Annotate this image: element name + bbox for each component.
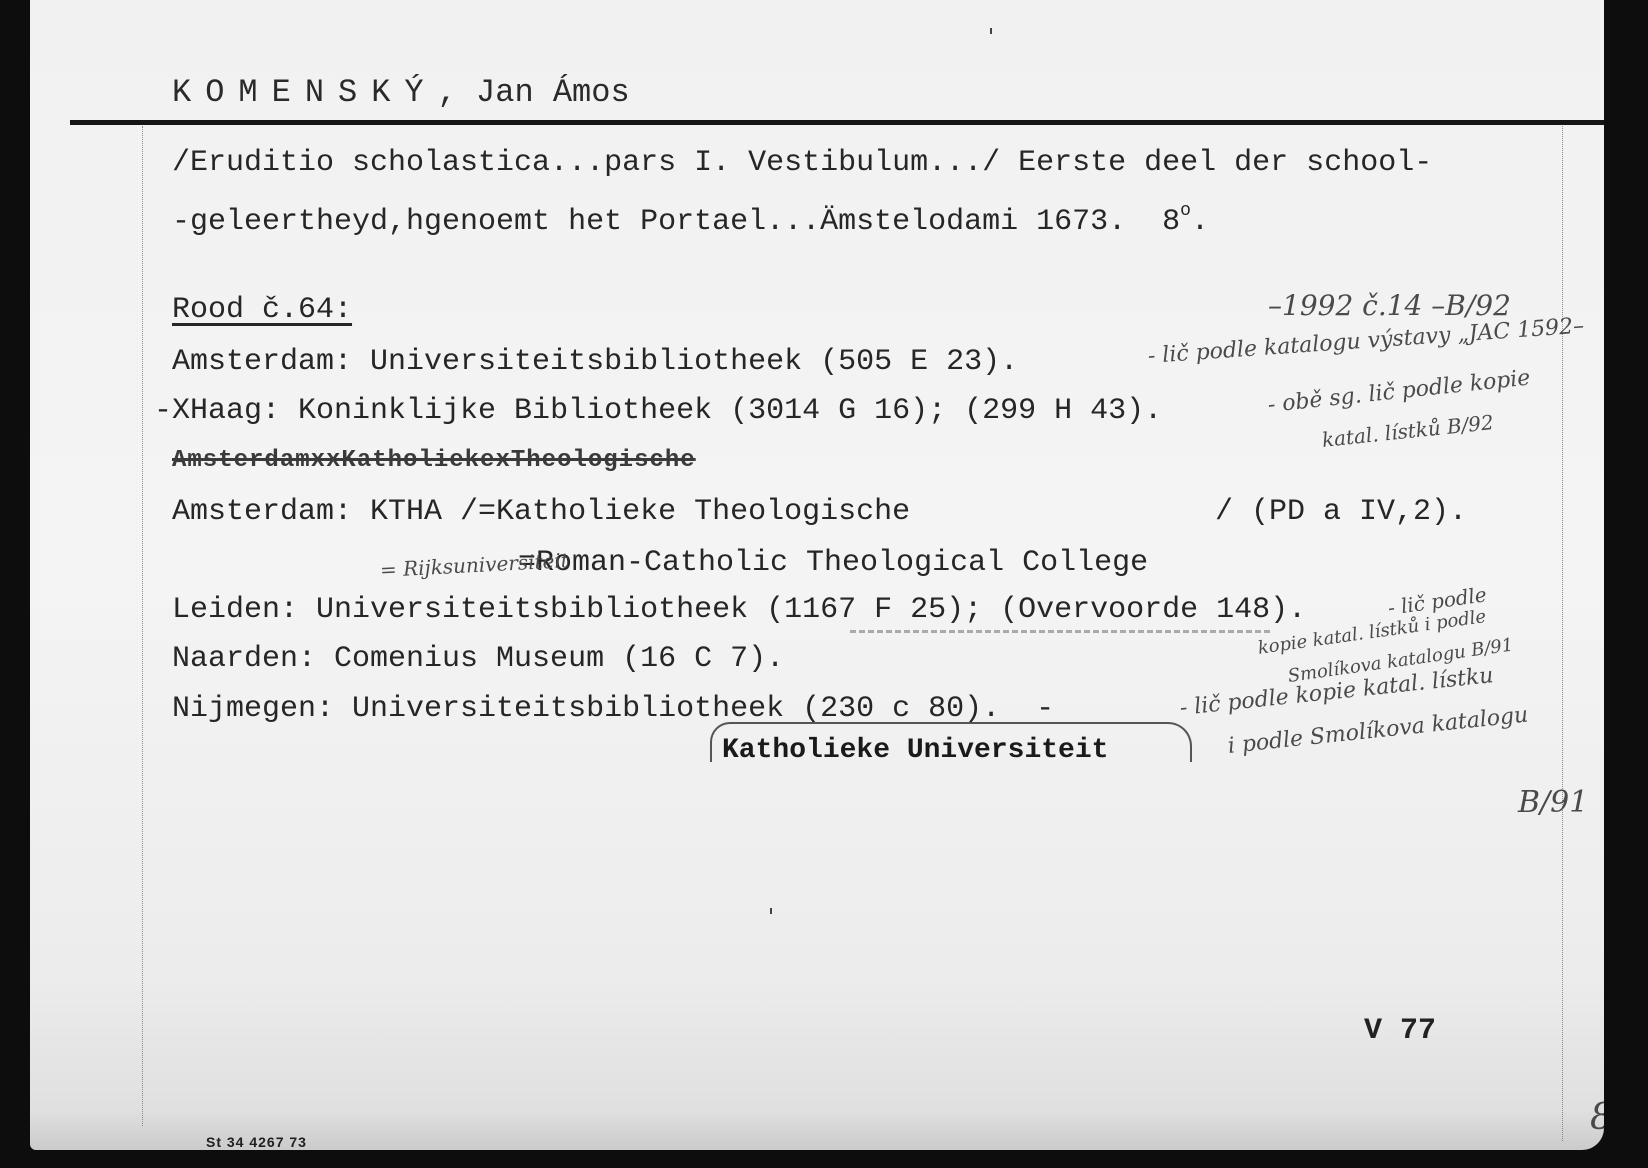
catalog-card: KOMENSKÝ, Jan Ámos /Eruditio scholastica… [30,0,1604,1150]
holding-haag-kb: -XHaag: Koninklijke Bibliotheek (3014 G … [154,393,1162,429]
holding-leiden-ub: Leiden: Universiteitsbibliotheek (1167 F… [172,592,1306,628]
handwritten-card-number: 8. [1590,1100,1604,1136]
holding-amsterdam-ktha: Amsterdam: KTHA /=Katholieke Theologisch… [172,494,910,530]
pencil-dash-marks [850,630,1270,633]
shelfmark: V 77 [1364,1014,1436,1048]
handwritten-note-amsterdam: - lič podle katalogu výstavy „JAC 1592– [1147,316,1585,368]
struck-out-line: AmsterdamxxKatholiekexTheologische [172,443,696,479]
holding-ktha-translation: =Roman-Catholic Theological College [518,545,1148,581]
right-margin-guide [1562,126,1563,1141]
holding-naarden-museum: Naarden: Comenius Museum (16 C 7). [172,641,784,677]
title-line-2-text: -geleertheyd,hgenoemt het Portael...Ämst… [172,205,1180,239]
printer-code: St 34 4267 73 [206,1134,307,1150]
title-line-2: -geleertheyd,hgenoemt het Portael...Ämst… [172,193,1209,240]
handwritten-note-nijmegen-2: i podle Smolíkova katalogu [1227,705,1529,758]
bibliography-reference: Rood č.64: [172,292,352,328]
format-superscript: o [1180,201,1191,221]
holding-nijmegen-institution: Katholieke Universiteit [722,733,1108,769]
holding-amsterdam-ub: Amsterdam: Universiteitsbibliotheek (505… [172,344,1018,380]
holding-ktha-callnumber: / (PD a IV,2). [1215,494,1467,530]
author-surname: KOMENSKÝ [172,74,438,111]
scan-speck [770,908,772,914]
author-given-name: , Jan Ámos [438,74,630,111]
title-line-1: /Eruditio scholastica...pars I. Vestibul… [172,145,1432,181]
scan-speck [990,28,992,34]
handwritten-reference: –1992 č.14 –B/92 [1268,292,1511,320]
format-suffix: . [1191,205,1209,239]
handwritten-mark-b91: B/91 [1518,788,1588,818]
handwritten-note-haag-2: katal. lístků B/92 [1321,412,1495,450]
left-margin-guide [142,126,143,1126]
author-heading: KOMENSKÝ, Jan Ámos [172,74,630,111]
heading-rule [70,120,1604,125]
